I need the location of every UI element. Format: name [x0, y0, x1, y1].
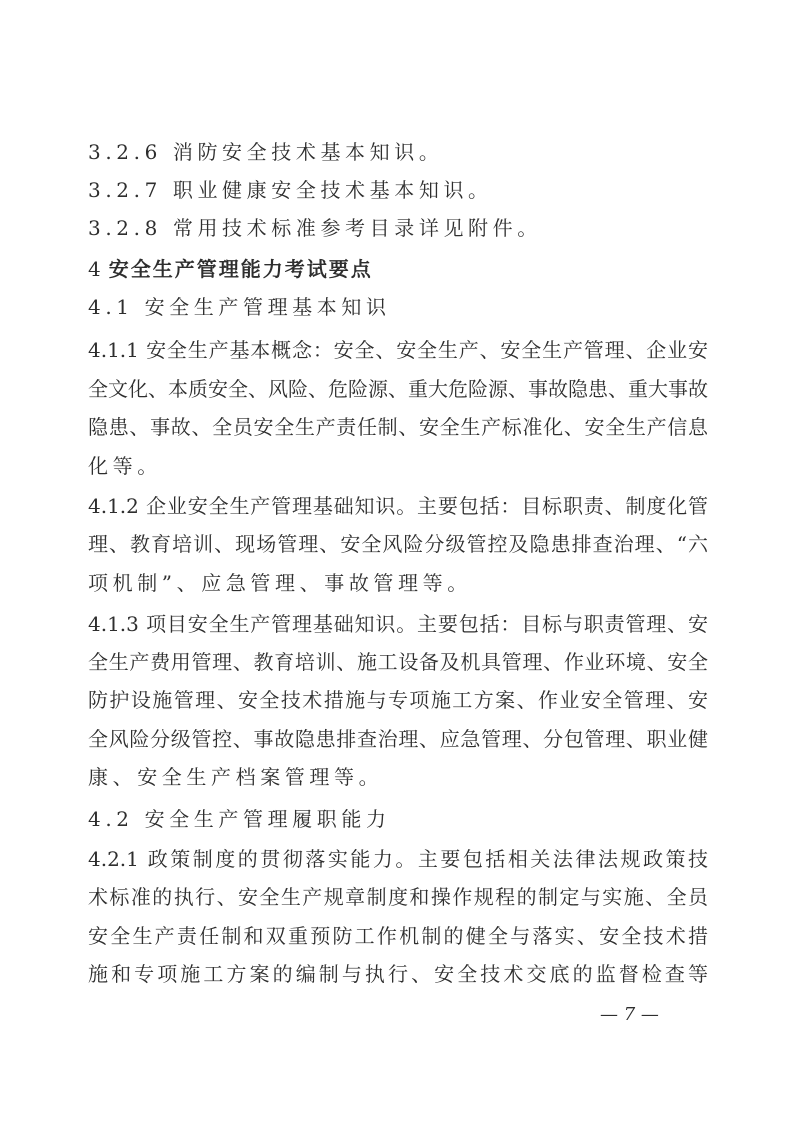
para-4-1-1-line-1: 4.1.1 安全生产基本概念：安全、安全生产、安全生产管理、企业安 — [88, 337, 708, 363]
item-3-2-7: 3.2.7 职业健康安全技术基本知识。 — [88, 177, 708, 203]
para-4-2-1-line-2: 术标准的执行、安全生产规章制度和操作规程的制定与实施、全员 — [88, 884, 708, 910]
page-number: — 7 — — [600, 1003, 659, 1027]
para-4-1-1-line-3: 隐患、事故、全员安全生产责任制、安全生产标准化、安全生产信息 — [88, 414, 708, 440]
para-4-2-1-line-3: 安全生产责任制和双重预防工作机制的健全与落实、安全技术措 — [88, 923, 708, 949]
section-4-2-heading: 4.2 安全生产管理履职能力 — [88, 806, 708, 832]
para-4-2-1-line-4: 施和专项施工方案的编制与执行、安全技术交底的监督检查等 — [88, 961, 708, 987]
para-4-2-1-line-1: 4.2.1 政策制度的贯彻落实能力。主要包括相关法律法规政策技 — [88, 846, 708, 872]
para-4-1-3-line-2: 全生产费用管理、教育培训、施工设备及机具管理、作业环境、安全 — [88, 649, 708, 675]
para-4-1-3-line-5: 康、安全生产档案管理等。 — [88, 764, 708, 790]
item-3-2-6: 3.2.6 消防安全技术基本知识。 — [88, 139, 708, 165]
item-3-2-8: 3.2.8 常用技术标准参考目录详见附件。 — [88, 215, 708, 241]
para-4-1-3-line-4: 全风险分级管控、事故隐患排查治理、应急管理、分包管理、职业健 — [88, 726, 708, 752]
para-4-1-2-line-1: 4.1.2 企业安全生产管理基础知识。主要包括：目标职责、制度化管 — [88, 493, 708, 519]
document-page: 3.2.6 消防安全技术基本知识。 3.2.7 职业健康安全技术基本知识。 3.… — [0, 0, 793, 1121]
para-4-1-2-line-2: 理、教育培训、现场管理、安全风险分级管控及隐患排查治理、“六 — [88, 531, 708, 557]
para-4-1-1-line-4: 化等。 — [88, 453, 708, 479]
para-4-1-2-line-3: 项机制”、应急管理、事故管理等。 — [88, 570, 708, 596]
para-4-1-3-line-3: 防护设施管理、安全技术措施与专项施工方案、作业安全管理、安 — [88, 687, 708, 713]
para-4-1-1-line-2: 全文化、本质安全、风险、危险源、重大危险源、事故隐患、重大事故 — [88, 376, 708, 402]
para-4-1-3-line-1: 4.1.3 项目安全生产管理基础知识。主要包括：目标与职责管理、安 — [88, 611, 708, 637]
section-4-1-heading: 4.1 安全生产管理基本知识 — [88, 294, 708, 320]
section-4-title: 安全生产管理能力考试要点 — [109, 257, 373, 281]
section-4-number: 4 — [88, 257, 103, 281]
section-4-heading: 4安全生产管理能力考试要点 — [88, 256, 708, 282]
